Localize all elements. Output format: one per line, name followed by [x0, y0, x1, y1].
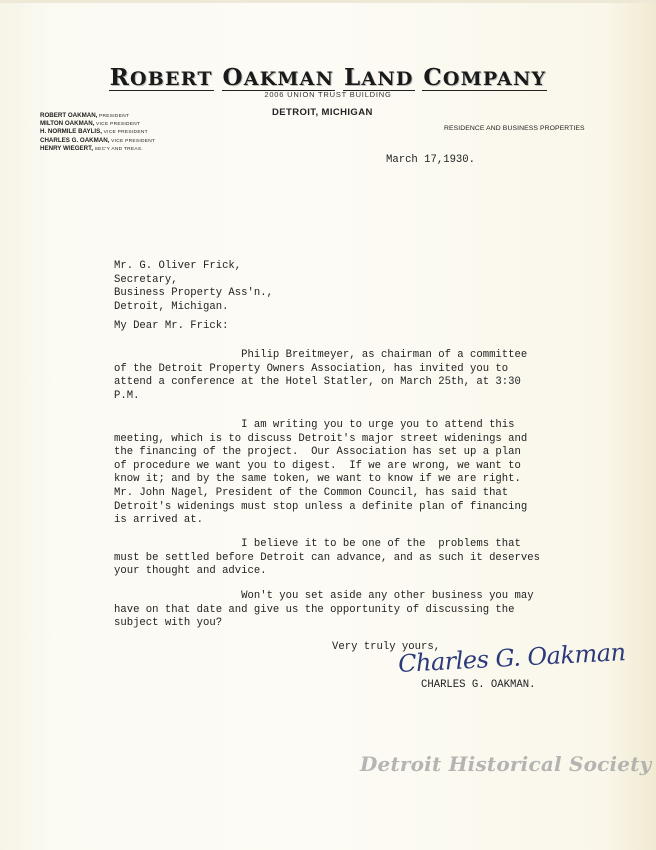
company-word-2: OAKMAN: [222, 68, 336, 91]
officer-name: CHARLES G. OAKMAN,: [40, 137, 109, 144]
officer-name: MILTON OAKMAN,: [40, 120, 94, 127]
officer-title: VICE PRESIDENT: [94, 122, 140, 127]
company-word-cap: R: [110, 64, 130, 91]
company-name: ROBERT OAKMAN LAND COMPANY: [0, 64, 656, 91]
company-tagline: RESIDENCE AND BUSINESS PROPERTIES: [444, 125, 585, 132]
officer-name: ROBERT OAKMAN,: [40, 112, 97, 119]
officer-name: H. NORMILE BAYLIS,: [40, 128, 102, 135]
company-word-rest: AKMAN: [244, 68, 334, 90]
officer-row: ROBERT OAKMAN, PRESIDENT: [40, 112, 155, 120]
company-word-3: LAND: [343, 68, 415, 91]
paragraph-4: Won't you set aside any other business y…: [114, 590, 534, 631]
paragraph-1: Philip Breitmeyer, as chairman of a comm…: [114, 349, 527, 403]
officers-list: ROBERT OAKMAN, PRESIDENT MILTON OAKMAN, …: [40, 112, 155, 153]
company-word-cap: C: [423, 64, 443, 91]
company-city: DETROIT, MICHIGAN: [272, 107, 373, 118]
officer-name: HENRY WIEGERT,: [40, 145, 93, 152]
paragraph-2: I am writing you to urge you to attend t…: [114, 419, 527, 528]
officer-row: HENRY WIEGERT, SEC'Y AND TREAS.: [40, 145, 155, 153]
recipient-address: Mr. G. Oliver Frick, Secretary, Business…: [114, 260, 273, 314]
signer-name: CHARLES G. OAKMAN.: [421, 679, 535, 693]
watermark: Detroit Historical Society: [360, 752, 652, 776]
company-word-rest: OBERT: [130, 68, 213, 90]
paragraph-3: I believe it to be one of the problems t…: [114, 538, 540, 579]
company-word-cap: L: [344, 64, 361, 91]
letter-date: March 17,1930.: [386, 154, 475, 168]
officer-row: MILTON OAKMAN, VICE PRESIDENT: [40, 120, 155, 128]
company-word-4: COMPANY: [422, 68, 547, 91]
company-address: 2006 UNION TRUST BUILDING: [0, 90, 656, 99]
company-word-rest: OMPANY: [443, 68, 546, 90]
company-word-rest: AND: [361, 68, 413, 90]
officer-title: SEC'Y AND TREAS.: [93, 147, 143, 152]
company-word-1: ROBERT: [109, 68, 214, 91]
company-word-cap: O: [223, 64, 244, 91]
salutation: My Dear Mr. Frick:: [114, 320, 228, 334]
paper-edge: [0, 0, 656, 3]
officer-row: H. NORMILE BAYLIS, VICE PRESIDENT: [40, 128, 155, 136]
officer-title: PRESIDENT: [97, 114, 129, 119]
officer-row: CHARLES G. OAKMAN, VICE PRESIDENT: [40, 137, 155, 145]
officer-title: VICE PRESIDENT: [102, 130, 148, 135]
officer-title: VICE PRESIDENT: [109, 139, 155, 144]
